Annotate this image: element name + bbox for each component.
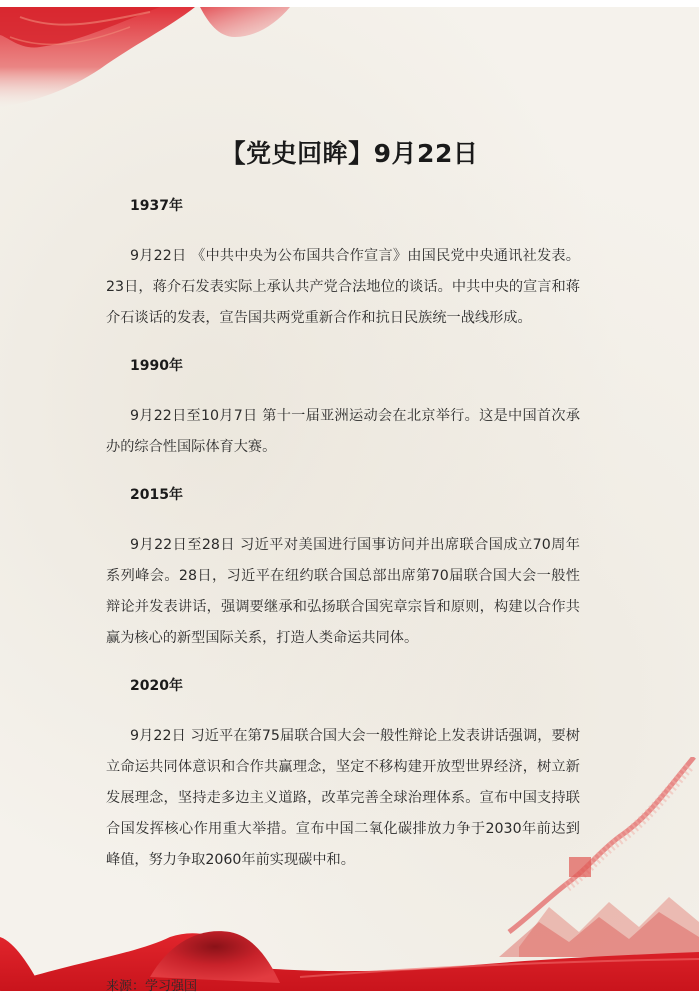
entry-2020: 2020年 9月22日 习近平在第75届联合国大会一般性辩论上发表讲话强调，要树…: [106, 673, 580, 876]
year-heading: 1990年: [106, 353, 580, 380]
year-heading: 1937年: [106, 193, 580, 220]
year-heading: 2015年: [106, 482, 580, 509]
red-ribbon-decoration-bottom: [0, 907, 699, 997]
source-attribution: 来源：学习强国: [106, 975, 197, 994]
page-title: 【党史回眸】9月22日: [0, 134, 699, 170]
entry-paragraph: 9月22日至28日 习近平对美国进行国事访问并出席联合国成立70周年系列峰会。2…: [106, 530, 580, 654]
article-body: 1937年 9月22日 《中共中央为公布国共合作宣言》由国民党中央通讯社发表。2…: [106, 193, 580, 876]
entry-1990: 1990年 9月22日至10月7日 第十一届亚洲运动会在北京举行。这是中国首次承…: [106, 353, 580, 482]
entry-2015: 2015年 9月22日至28日 习近平对美国进行国事访问并出席联合国成立70周年…: [106, 482, 580, 673]
entry-1937: 1937年 9月22日 《中共中央为公布国共合作宣言》由国民党中央通讯社发表。2…: [106, 193, 580, 353]
entry-paragraph: 9月22日 习近平在第75届联合国大会一般性辩论上发表讲话强调，要树立命运共同体…: [106, 721, 580, 876]
entry-paragraph: 9月22日至10月7日 第十一届亚洲运动会在北京举行。这是中国首次承办的综合性国…: [106, 401, 580, 463]
red-ribbon-decoration-top: [0, 7, 360, 117]
document-page: 【党史回眸】9月22日 1937年 9月22日 《中共中央为公布国共合作宣言》由…: [0, 7, 699, 997]
entry-paragraph: 9月22日 《中共中央为公布国共合作宣言》由国民党中央通讯社发表。23日，蒋介石…: [106, 241, 580, 334]
page-bottom-margin: [0, 991, 699, 997]
year-heading: 2020年: [106, 673, 580, 700]
